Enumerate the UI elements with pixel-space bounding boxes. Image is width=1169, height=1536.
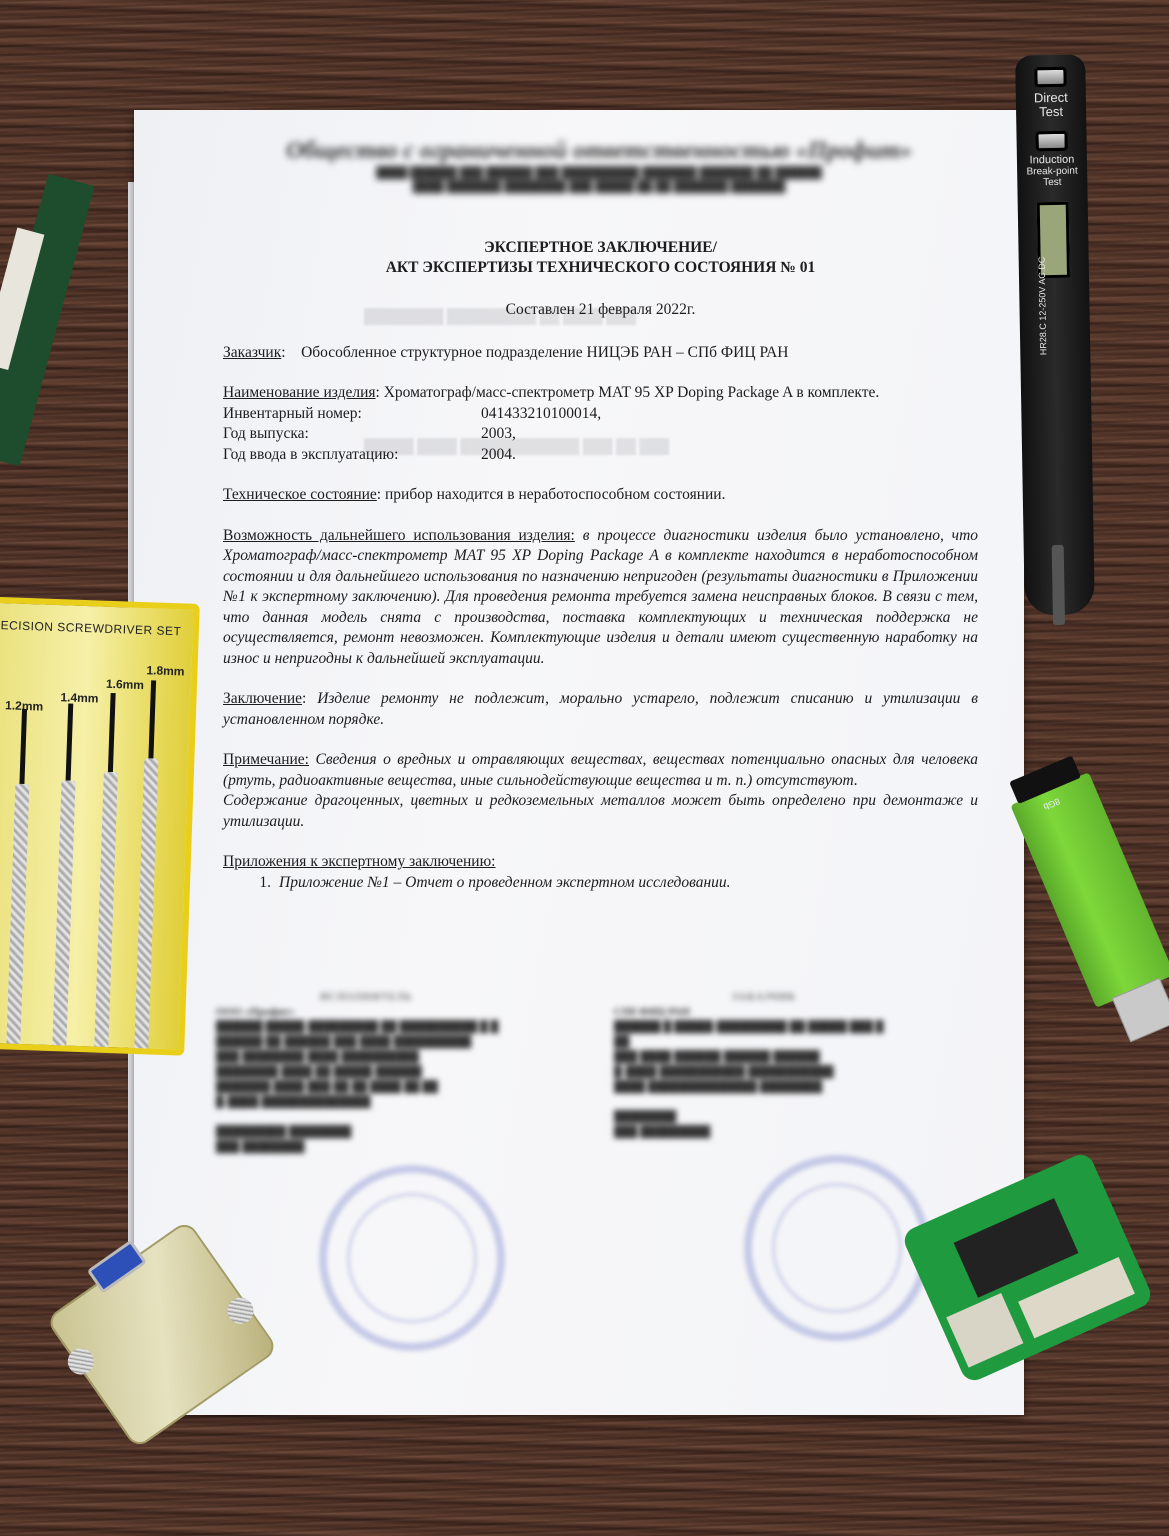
product-value: Хроматограф/масс-спектрометр MAT 95 XP D… bbox=[384, 384, 880, 401]
attachments-section: Приложения к экспертному заключению: 1.П… bbox=[223, 852, 978, 893]
attachments-list: 1.Приложение №1 – Отчет о проведенном эк… bbox=[223, 873, 978, 894]
product-label: Наименование изделия bbox=[223, 384, 376, 401]
customer-value: Обособленное структурное подразделение Н… bbox=[301, 344, 788, 361]
executor-stamp bbox=[319, 1165, 505, 1351]
attachments-label: Приложения к экспертному заключению: bbox=[223, 852, 978, 873]
precision-screwdriver-set: PRECISION SCREWDRIVER SET 1.2mm 1.4mm 1.… bbox=[0, 596, 200, 1055]
document-body: ЭКСПЕРТНОЕ ЗАКЛЮЧЕНИЕ/ АКТ ЭКСПЕРТИЗЫ ТЕ… bbox=[223, 238, 978, 893]
voltage-tester-screwdriver: Direct Test Induction Break-point Test H… bbox=[1015, 54, 1095, 615]
induction-test-button bbox=[1035, 131, 1067, 152]
thumbscrew bbox=[63, 1343, 99, 1379]
tech-state-section: Техническое состояние: прибор находится … bbox=[223, 485, 978, 506]
barcode-label bbox=[0, 228, 44, 370]
executor-signature-block: ИСПОЛНИТЕЛЬ ООО «Профит» ██████ █████-██… bbox=[216, 990, 516, 1155]
note-section: Примечание: Сведения о вредных и отравля… bbox=[223, 750, 978, 832]
note-value-2: Содержание драгоценных, цветных и редкоз… bbox=[223, 791, 978, 832]
list-item: 1.Приложение №1 – Отчет о проведенном эк… bbox=[243, 873, 978, 894]
product-section: Наименование изделия: Хроматограф/масс-с… bbox=[223, 383, 978, 465]
screwdriver bbox=[134, 758, 158, 1056]
screwdriver bbox=[51, 780, 75, 1055]
further-use-label: Возможность дальнейшего использования из… bbox=[223, 527, 575, 544]
screwdriver bbox=[5, 784, 29, 1056]
usb-plug bbox=[1112, 978, 1169, 1043]
customer-label: Заказчик bbox=[223, 344, 281, 361]
microsd-slot bbox=[946, 1293, 1023, 1368]
direct-test-button bbox=[1034, 67, 1066, 88]
conclusion-label: Заключение bbox=[223, 690, 302, 707]
customer-stamp bbox=[744, 1155, 930, 1341]
tech-state-value: прибор находится в неработоспособном сос… bbox=[385, 486, 725, 503]
usb-flash-drive: 8Gb bbox=[1010, 772, 1169, 1008]
conclusion-value: Изделие ремонту не подлежит, морально ус… bbox=[223, 690, 978, 728]
screwdriver-set-title: PRECISION SCREWDRIVER SET bbox=[0, 614, 182, 641]
date-line: Составлен 21 февраля 2022г. bbox=[223, 300, 978, 321]
note-label: Примечание: bbox=[223, 751, 309, 768]
customer-section: Заказчик: Обособленное структурное подра… bbox=[223, 343, 978, 364]
screwdriver bbox=[93, 772, 117, 1056]
tech-state-label: Техническое состояние bbox=[223, 486, 377, 503]
document-title: ЭКСПЕРТНОЕ ЗАКЛЮЧЕНИЕ/ АКТ ЭКСПЕРТИЗЫ ТЕ… bbox=[223, 238, 978, 278]
field-row: Год выпуска: 2003, bbox=[223, 424, 978, 445]
conclusion-section: Заключение: Изделие ремонту не подлежит,… bbox=[223, 689, 978, 730]
note-value: Сведения о вредных и отравляющих веществ… bbox=[223, 751, 978, 789]
screwdriver-tip bbox=[1052, 545, 1065, 625]
circuit-board-left bbox=[0, 174, 95, 467]
further-use-value: в процессе диагностики изделия было уста… bbox=[223, 527, 978, 667]
field-row: Инвентарный номер: 041433210100014, bbox=[223, 404, 978, 425]
customer-signature-block: ЗАКАЗЧИК СПб ФИЦ РАН ██████ █ █████-████… bbox=[614, 990, 914, 1140]
document-page: Общество с ограниченной ответственностью… bbox=[134, 110, 1024, 1415]
tester-spec: HR28.C 12-250V AC.DC bbox=[1037, 285, 1048, 355]
further-use-section: Возможность дальнейшего использования из… bbox=[223, 526, 978, 670]
letterhead-blurred: Общество с ограниченной ответственностью… bbox=[284, 138, 914, 193]
usb-capacity-label: 8Gb bbox=[1042, 796, 1062, 812]
field-row: Год ввода в эксплуатацию: 2004. bbox=[223, 445, 978, 466]
